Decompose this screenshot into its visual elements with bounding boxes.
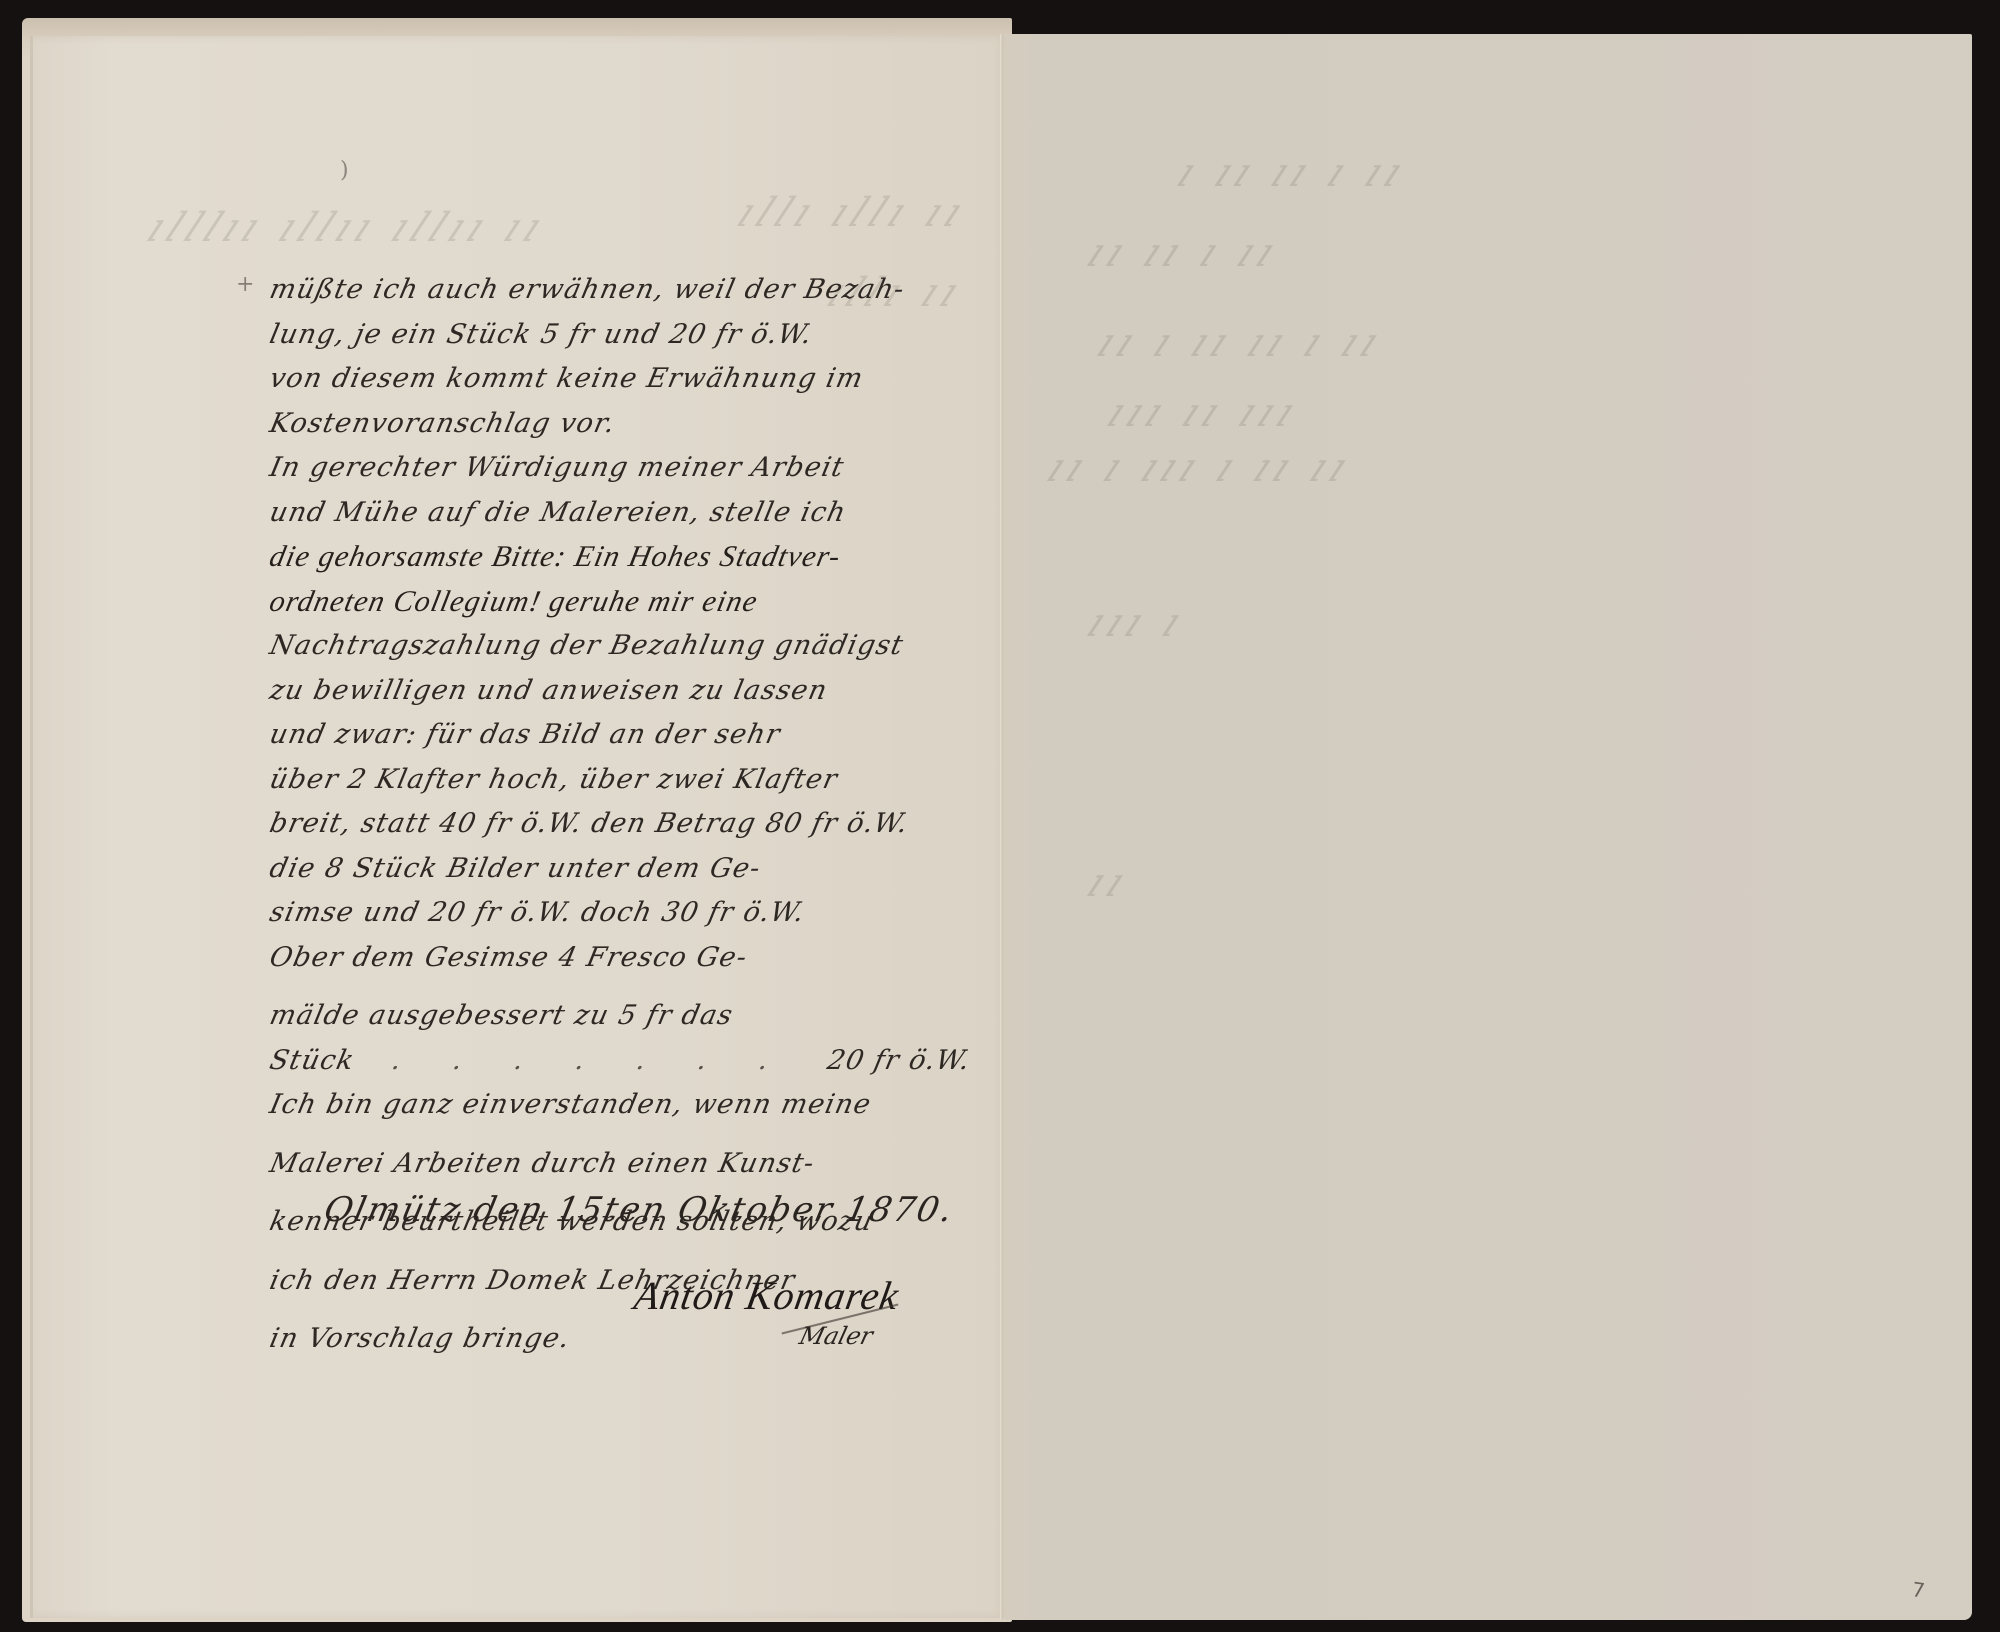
text-line: Ober dem Gesimse 4 Fresco Ge- bbox=[265, 936, 1014, 981]
top-mark: ) bbox=[340, 158, 349, 183]
amount-label: Stück bbox=[265, 1039, 359, 1084]
text-line: die gehorsamste Bitte: Ein Hohes Stadtve… bbox=[265, 535, 1014, 580]
text-line: die 8 Stück Bilder unter dem Ge- bbox=[265, 847, 1014, 892]
bleed-through-text: ıı ı ııı ı ıı ıı bbox=[1039, 445, 1361, 491]
amount-line: Stück . . . . . . . 20 fr ö.W. bbox=[265, 1039, 974, 1084]
text-line: ordneten Collegium! geruhe mir eine bbox=[265, 580, 1014, 625]
text-line: mälde ausgebessert zu 5 fr das bbox=[265, 994, 1014, 1039]
text-line: und Mühe auf die Malereien, stelle ich bbox=[265, 491, 1014, 536]
signature-title: Maler bbox=[797, 1322, 876, 1350]
bleed-through-text: ıı ıı ı ıı bbox=[1079, 230, 1288, 276]
bleed-through-text: ı ıı ıı ı ıı bbox=[1169, 150, 1416, 196]
text-line: lung, je ein Stück 5 fr und 20 fr ö.W. bbox=[265, 313, 1014, 358]
dateline: Olmütz den 15ten Oktober 1870. bbox=[321, 1190, 958, 1230]
manuscript-scan: ılllıı ıllıı ıllıı ıı ıllı ıllı ıı ıllı … bbox=[0, 0, 2000, 1632]
dot-leader: . . . . . . . bbox=[349, 1039, 832, 1084]
text-line: in Vorschlag bringe. bbox=[265, 1317, 1014, 1362]
text-line: breit, statt 40 fr ö.W. den Betrag 80 fr… bbox=[265, 802, 1014, 847]
text-line: von diesem kommt keine Erwähnung im bbox=[265, 357, 1014, 402]
bleed-through-text: ııı ıı ııı bbox=[1099, 390, 1308, 436]
bleed-through-text: ılllıı ıllıı ıllıı ıı bbox=[139, 205, 555, 251]
text-line: müßte ich auch erwähnen, weil der Bezah- bbox=[265, 268, 1014, 313]
amount-value: 20 fr ö.W. bbox=[823, 1039, 975, 1084]
bleed-through-text: ıllı ıllı ıı bbox=[729, 190, 976, 236]
text-line: Ich bin ganz einverstanden, wenn meine bbox=[265, 1083, 1014, 1128]
text-line: und zwar: für das Bild an der sehr bbox=[265, 713, 1014, 758]
text-line: zu bewilligen und anweisen zu lassen bbox=[265, 669, 1014, 714]
text-line: Nachtragszahlung der Bezahlung gnädigst bbox=[265, 624, 1014, 669]
text-line: über 2 Klafter hoch, über zwei Klafter bbox=[265, 758, 1014, 803]
text-line: simse und 20 fr ö.W. doch 30 fr ö.W. bbox=[265, 891, 1014, 936]
bleed-through-text: ıı ı ıı ıı ı ıı bbox=[1089, 320, 1392, 366]
text-line: Kostenvoranschlag vor. bbox=[265, 402, 1014, 447]
text-line: In gerechter Würdigung meiner Arbeit bbox=[265, 446, 1014, 491]
margin-mark: + bbox=[236, 272, 254, 297]
text-line: Malerei Arbeiten durch einen Kunst- bbox=[265, 1142, 1014, 1187]
